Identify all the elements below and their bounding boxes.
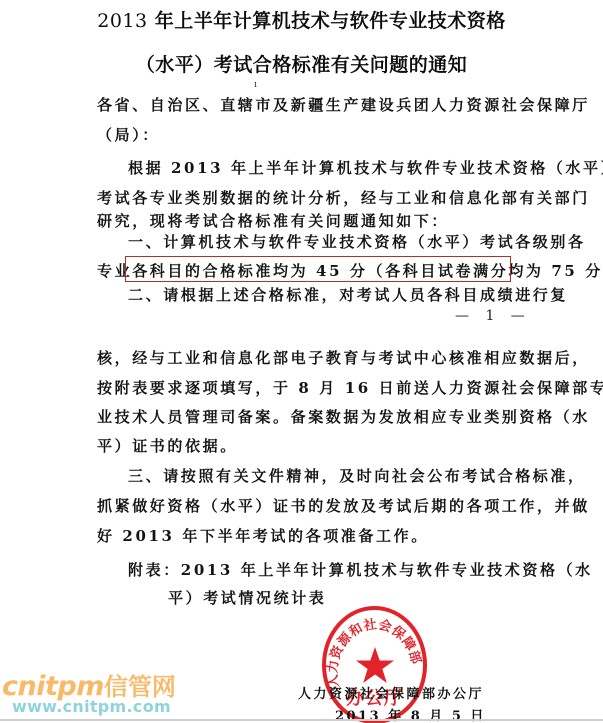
intro-line1: 根据 2013 年上半年计算机技术与软件专业技术资格（水平）	[128, 157, 603, 178]
item1-line1: 一、计算机技术与软件专业技术资格（水平）考试各级别各	[128, 231, 586, 252]
item2-line4: 业技术人员管理司备案。备案数据为发放相应专业类别资格（水	[97, 406, 590, 427]
item3-line3: 好 2013 年下半年考试的各项准备工作。	[97, 525, 429, 546]
item3-line2: 抓紧做好资格（水平）证书的发放及考试后期的各项工作，并做	[97, 495, 590, 516]
intro-line2: 考试各专业类别数据的统计分析，经与工业和信息化部有关部门	[97, 187, 590, 208]
addressee-line1: 各省、自治区、直辖市及新疆生产建设兵团人力资源社会保障厅	[97, 94, 590, 115]
page-number: — 1 —	[455, 308, 531, 324]
title-line1-text: 年上半年计算机技术与软件专业技术资格	[148, 10, 506, 32]
tick-mark: ı	[254, 80, 257, 90]
intro-line3: 研究，现将考试合格标准有关问题通知如下：	[97, 210, 449, 231]
attachment-line1: 附表：2013 年上半年计算机技术与软件专业技术资格（水	[128, 559, 593, 580]
issuer-name: 人力资源社会保障部办公厅	[298, 683, 484, 702]
item2-line1: 二、请根据上述合格标准，对考试人员各科目成绩进行复	[128, 284, 568, 305]
item3-line1: 三、请按照有关文件精神，及时向社会公布考试合格标准，	[128, 465, 586, 486]
bottom-divider	[0, 719, 603, 721]
highlight-box	[125, 256, 511, 282]
watermark-url: www.cnitpm.com	[12, 697, 171, 716]
item2-line3: 按附表要求逐项填写，于 8 月 16 日前送人力资源社会保障部专	[97, 377, 603, 398]
attachment-line2: 平）考试情况统计表	[168, 587, 326, 608]
document-title-line2: （水平）考试合格标准有关问题的通知	[0, 50, 603, 77]
document-title-line1: 2013 年上半年计算机技术与软件专业技术资格	[0, 6, 603, 33]
title-year: 2013	[97, 10, 147, 32]
star-icon	[355, 646, 395, 686]
item2-line5: 平）证书的依据。	[97, 435, 238, 456]
addressee-line2: （局）：	[97, 124, 160, 145]
item2-line2: 核，经与工业和信息化部电子教育与考试中心核准相应数据后，	[97, 347, 590, 368]
